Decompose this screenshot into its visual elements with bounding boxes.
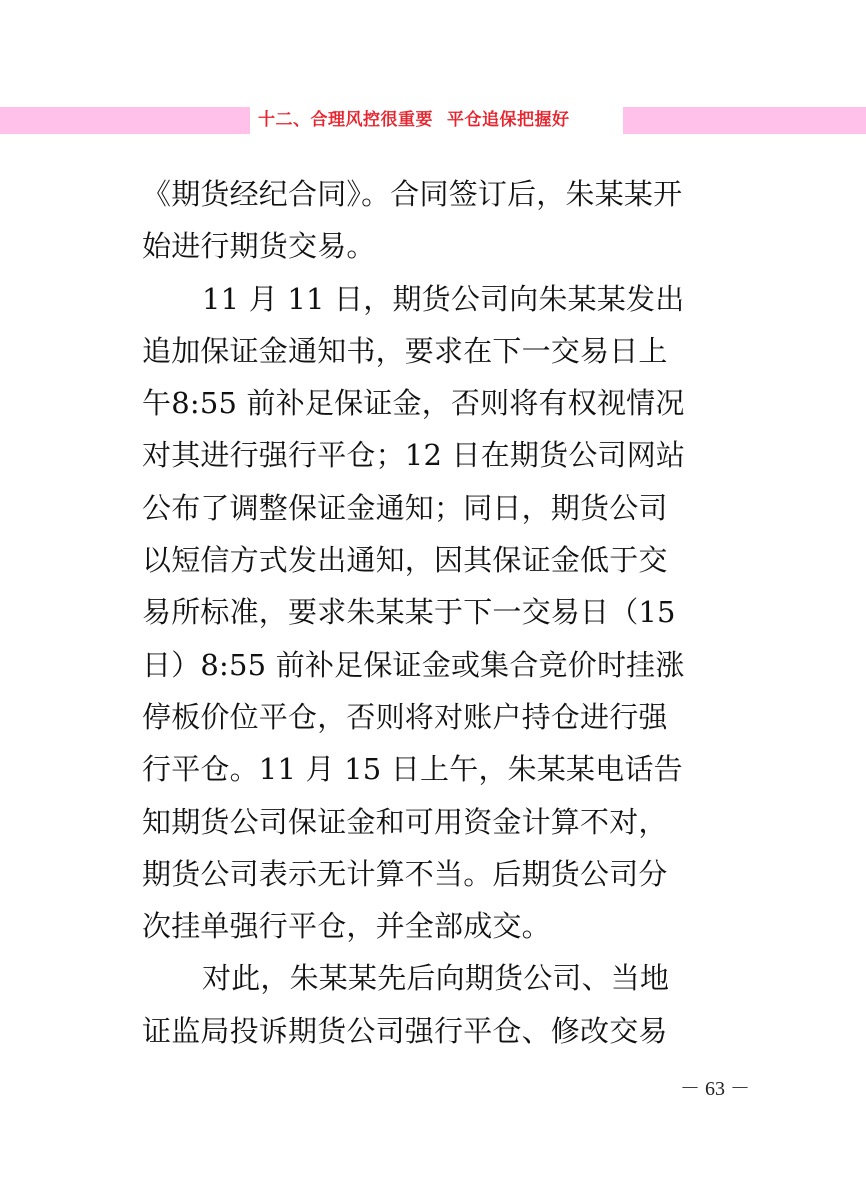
header-band-right-decoration: [623, 107, 866, 134]
text-line: 日）8:55 前补足保证金或集合竞价时挂涨: [142, 639, 732, 691]
chapter-title-part1: 十二、合理风控很重要: [258, 110, 433, 130]
body-text: 《期货经纪合同》。合同签订后，朱某某开 始进行期货交易。 11 月 11 日，期…: [142, 168, 732, 1057]
text-line: 知期货公司保证金和可用资金计算不对，: [142, 796, 732, 848]
text-line: 行平仓。11 月 15 日上午，朱某某电话告: [142, 743, 732, 795]
header-band-left-decoration: [0, 107, 250, 134]
text-line: 午8:55 前补足保证金，否则将有权视情况: [142, 377, 732, 429]
text-line: 期货公司表示无计算不当。后期货公司分: [142, 848, 732, 900]
text-line: 次挂单强行平仓，并全部成交。: [142, 900, 732, 952]
text-line: 追加保证金通知书，要求在下一交易日上: [142, 325, 732, 377]
paragraph-start-line: 11 月 11 日，期货公司向朱某某发出: [142, 273, 732, 325]
chapter-header-band: 十二、合理风控很重要平仓追保把握好: [0, 107, 866, 134]
page-number: － 63 －: [680, 1072, 780, 1101]
chapter-title: 十二、合理风控很重要平仓追保把握好: [258, 107, 618, 134]
text-line: 证监局投诉期货公司强行平仓、修改交易: [142, 1005, 732, 1057]
text-line: 停板价位平仓，否则将对账户持仓进行强: [142, 691, 732, 743]
chapter-title-part2: 平仓追保把握好: [447, 110, 570, 130]
text-line: 对其进行强行平仓；12 日在期货公司网站: [142, 429, 732, 481]
text-line: 公布了调整保证金通知；同日，期货公司: [142, 482, 732, 534]
text-line: 始进行期货交易。: [142, 220, 732, 272]
paragraph-start-line: 对此，朱某某先后向期货公司、当地: [142, 952, 732, 1004]
text-line: 以短信方式发出通知，因其保证金低于交: [142, 534, 732, 586]
text-line: 易所标准，要求朱某某于下一交易日（15: [142, 586, 732, 638]
text-line: 《期货经纪合同》。合同签订后，朱某某开: [142, 168, 732, 220]
